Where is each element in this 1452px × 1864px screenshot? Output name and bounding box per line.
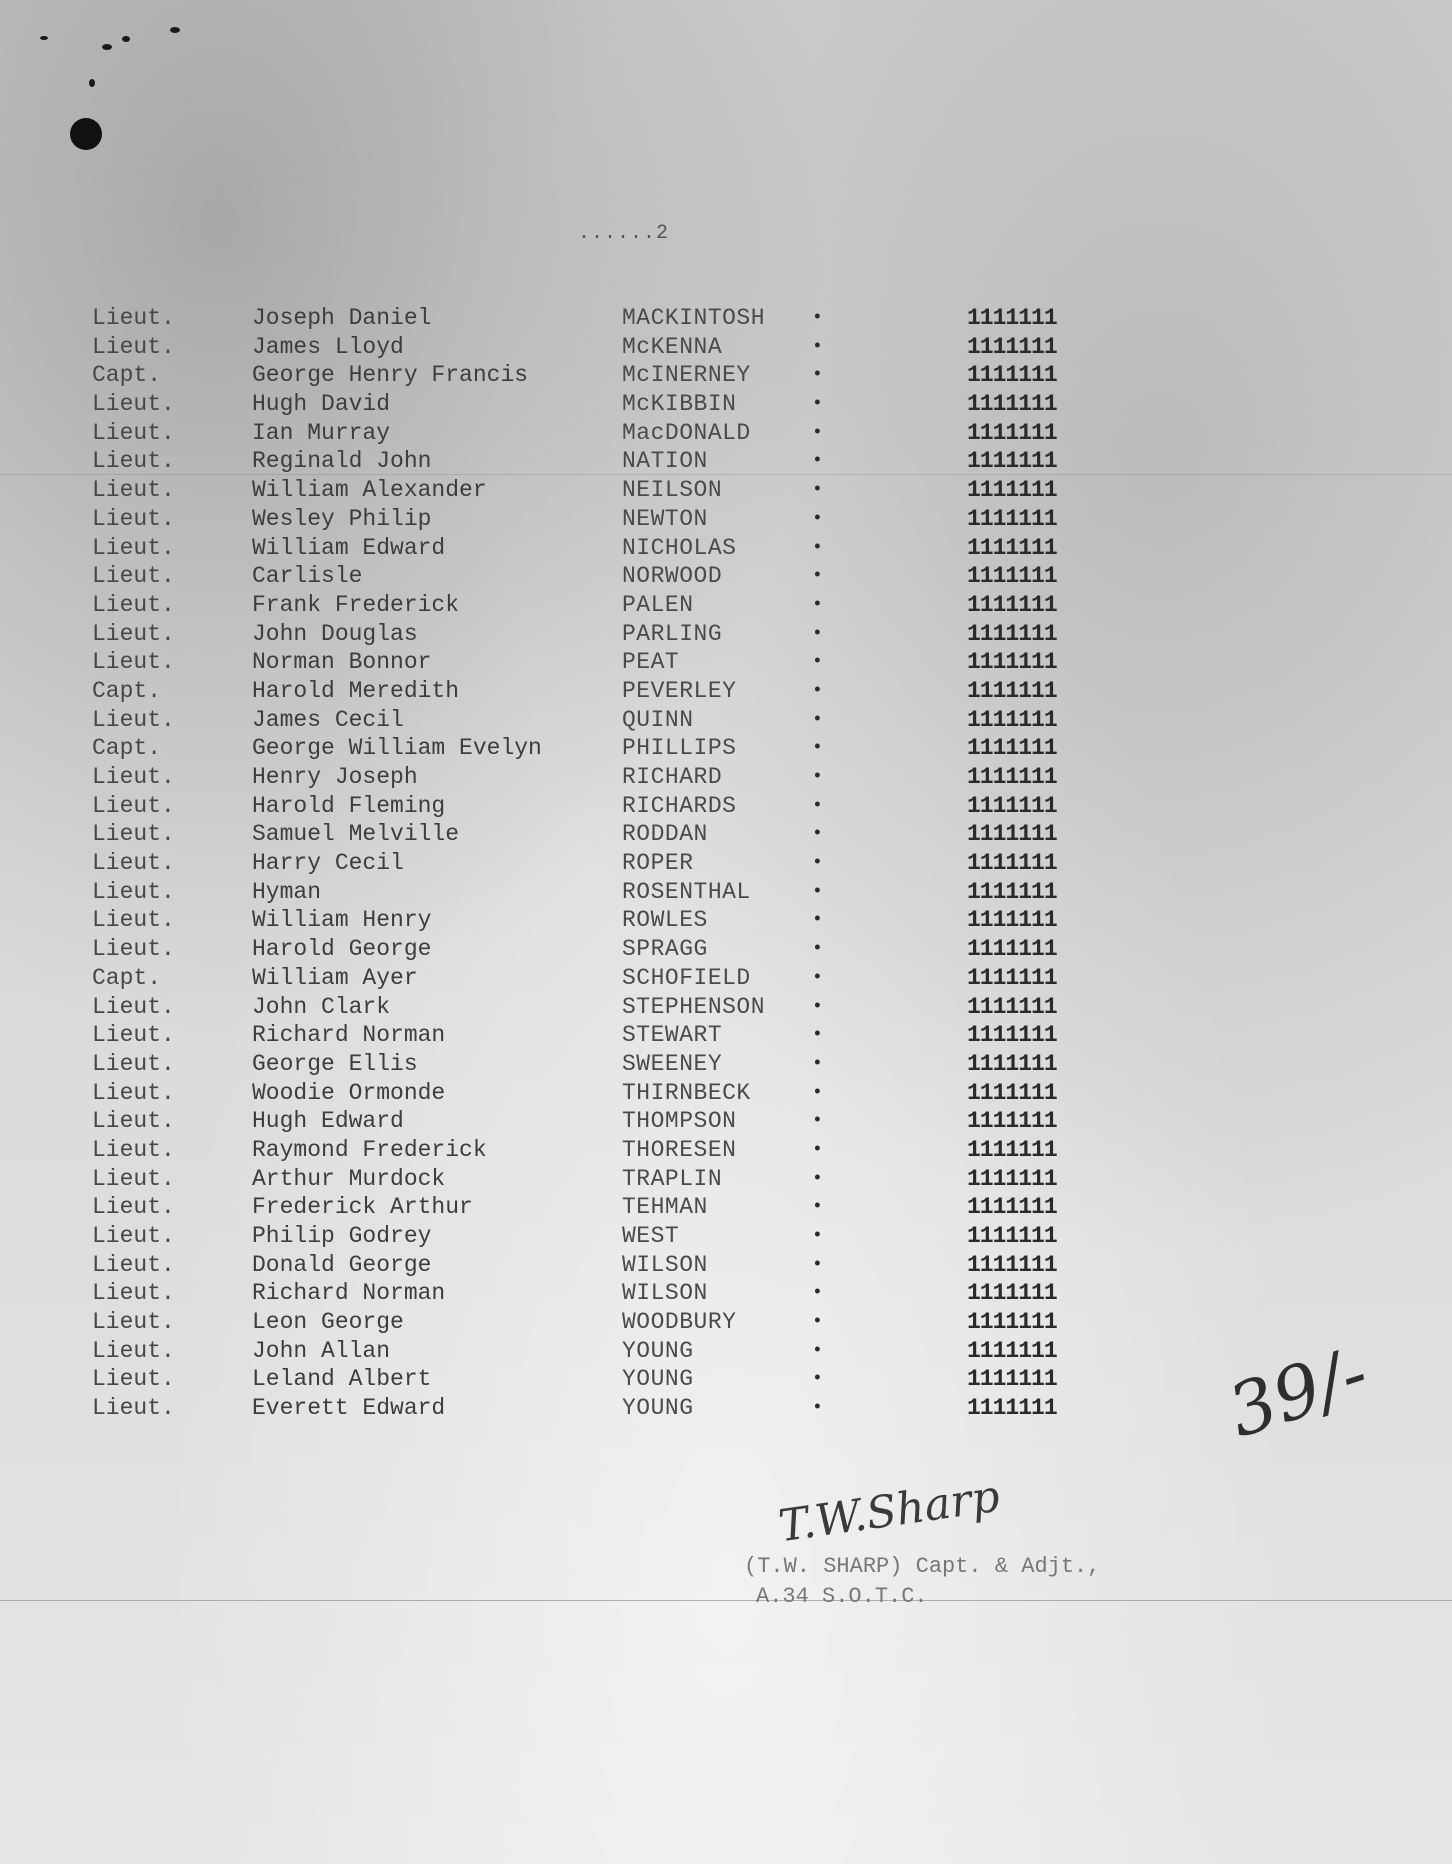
code-cell: 1111111 (967, 1279, 1057, 1307)
code-cell: 1111111 (967, 304, 1057, 332)
signature-title: (T.W. SHARP) Capt. & Adjt., (744, 1552, 1100, 1582)
rank-cell: Lieut. (92, 419, 242, 447)
check-tick-mark: • (812, 734, 823, 762)
rank-cell: Lieut. (92, 906, 242, 934)
check-tick-mark: • (812, 906, 823, 934)
check-tick-mark: • (812, 677, 823, 705)
check-tick-mark: • (812, 1021, 823, 1049)
code-cell: 1111111 (967, 476, 1057, 504)
given-names-cell: John Douglas (252, 620, 612, 648)
code-cell: 1111111 (967, 648, 1057, 676)
ink-speck (40, 36, 48, 40)
rank-cell: Lieut. (92, 1394, 242, 1422)
given-names-cell: Donald George (252, 1251, 612, 1279)
rank-cell: Capt. (92, 734, 242, 762)
given-names-cell: Leland Albert (252, 1365, 612, 1393)
check-tick-mark: • (812, 1365, 823, 1393)
code-cell: 1111111 (967, 1079, 1057, 1107)
code-cell: 1111111 (967, 333, 1057, 361)
given-names-cell: Samuel Melville (252, 820, 612, 848)
code-cell: 1111111 (967, 1050, 1057, 1078)
rank-cell: Lieut. (92, 1107, 242, 1135)
rank-cell: Lieut. (92, 333, 242, 361)
code-cell: 1111111 (967, 562, 1057, 590)
check-tick-mark: • (812, 1050, 823, 1078)
handwritten-count: 39/- (1218, 1330, 1377, 1453)
check-tick-mark: • (812, 849, 823, 877)
code-cell: 1111111 (967, 878, 1057, 906)
code-cell: 1111111 (967, 734, 1057, 762)
check-tick-mark: • (812, 304, 823, 332)
code-cell: 1111111 (967, 1136, 1057, 1164)
code-cell: 1111111 (967, 964, 1057, 992)
code-cell: 1111111 (967, 1365, 1057, 1393)
handwritten-signature: T.W.Sharp (776, 1471, 1003, 1552)
page-marker: ......2 (578, 222, 669, 245)
rank-cell: Lieut. (92, 1251, 242, 1279)
code-cell: 1111111 (967, 906, 1057, 934)
rank-cell: Lieut. (92, 1165, 242, 1193)
check-tick-mark: • (812, 591, 823, 619)
rank-cell: Lieut. (92, 763, 242, 791)
code-cell: 1111111 (967, 820, 1057, 848)
code-cell: 1111111 (967, 390, 1057, 418)
ink-speck (102, 44, 112, 50)
check-tick-mark: • (812, 878, 823, 906)
rank-cell: Capt. (92, 677, 242, 705)
given-names-cell: John Allan (252, 1337, 612, 1365)
given-names-cell: Raymond Frederick (252, 1136, 612, 1164)
check-tick-mark: • (812, 1222, 823, 1250)
code-cell: 1111111 (967, 620, 1057, 648)
code-cell: 1111111 (967, 993, 1057, 1021)
rank-cell: Lieut. (92, 390, 242, 418)
code-cell: 1111111 (967, 1394, 1057, 1422)
rank-cell: Lieut. (92, 591, 242, 619)
given-names-cell: James Lloyd (252, 333, 612, 361)
check-tick-mark: • (812, 993, 823, 1021)
rank-cell: Lieut. (92, 1222, 242, 1250)
fold-line (0, 1600, 1452, 1601)
code-cell: 1111111 (967, 1165, 1057, 1193)
code-cell: 1111111 (967, 534, 1057, 562)
check-tick-mark: • (812, 1107, 823, 1135)
rank-cell: Lieut. (92, 1050, 242, 1078)
rank-cell: Lieut. (92, 1308, 242, 1336)
check-tick-mark: • (812, 1308, 823, 1336)
given-names-cell: William Edward (252, 534, 612, 562)
check-tick-mark: • (812, 419, 823, 447)
code-cell: 1111111 (967, 447, 1057, 475)
check-tick-mark: • (812, 476, 823, 504)
signature-unit: A.34 S.O.T.C. (744, 1582, 1100, 1612)
rank-cell: Lieut. (92, 1136, 242, 1164)
given-names-cell: Woodie Ormonde (252, 1079, 612, 1107)
rank-cell: Lieut. (92, 1337, 242, 1365)
ink-speck (122, 36, 130, 42)
ink-speck (89, 79, 95, 87)
punch-hole (70, 118, 102, 150)
check-tick-mark: • (812, 964, 823, 992)
given-names-cell: Hugh Edward (252, 1107, 612, 1135)
rank-cell: Lieut. (92, 476, 242, 504)
rank-cell: Lieut. (92, 792, 242, 820)
code-cell: 1111111 (967, 1337, 1057, 1365)
rank-cell: Lieut. (92, 935, 242, 963)
code-cell: 1111111 (967, 1222, 1057, 1250)
check-tick-mark: • (812, 935, 823, 963)
given-names-cell: Norman Bonnor (252, 648, 612, 676)
given-names-cell: George William Evelyn (252, 734, 612, 762)
code-cell: 1111111 (967, 849, 1057, 877)
given-names-cell: Carlisle (252, 562, 612, 590)
code-cell: 1111111 (967, 1308, 1057, 1336)
given-names-cell: Frederick Arthur (252, 1193, 612, 1221)
given-names-cell: Richard Norman (252, 1279, 612, 1307)
code-cell: 1111111 (967, 419, 1057, 447)
given-names-cell: Richard Norman (252, 1021, 612, 1049)
given-names-cell: George Ellis (252, 1050, 612, 1078)
code-cell: 1111111 (967, 591, 1057, 619)
given-names-cell: Harold Fleming (252, 792, 612, 820)
rank-cell: Lieut. (92, 534, 242, 562)
check-tick-mark: • (812, 620, 823, 648)
code-cell: 1111111 (967, 763, 1057, 791)
given-names-cell: Everett Edward (252, 1394, 612, 1422)
rank-cell: Capt. (92, 964, 242, 992)
check-tick-mark: • (812, 1136, 823, 1164)
check-tick-mark: • (812, 505, 823, 533)
rank-cell: Lieut. (92, 505, 242, 533)
check-tick-mark: • (812, 763, 823, 791)
given-names-cell: William Henry (252, 906, 612, 934)
rank-cell: Lieut. (92, 993, 242, 1021)
rank-cell: Lieut. (92, 1279, 242, 1307)
check-tick-mark: • (812, 1337, 823, 1365)
check-tick-mark: • (812, 1279, 823, 1307)
rank-cell: Lieut. (92, 620, 242, 648)
code-cell: 1111111 (967, 1021, 1057, 1049)
rank-cell: Lieut. (92, 1365, 242, 1393)
given-names-cell: Philip Godrey (252, 1222, 612, 1250)
check-tick-mark: • (812, 792, 823, 820)
given-names-cell: Hugh David (252, 390, 612, 418)
rank-cell: Lieut. (92, 849, 242, 877)
rank-cell: Capt. (92, 361, 242, 389)
code-cell: 1111111 (967, 677, 1057, 705)
rank-cell: Lieut. (92, 1193, 242, 1221)
check-tick-mark: • (812, 534, 823, 562)
given-names-cell: John Clark (252, 993, 612, 1021)
check-tick-mark: • (812, 361, 823, 389)
check-tick-mark: • (812, 820, 823, 848)
rank-cell: Lieut. (92, 1079, 242, 1107)
rank-cell: Lieut. (92, 820, 242, 848)
code-cell: 1111111 (967, 1107, 1057, 1135)
check-tick-mark: • (812, 1079, 823, 1107)
rank-cell: Lieut. (92, 562, 242, 590)
check-tick-mark: • (812, 1251, 823, 1279)
rank-cell: Lieut. (92, 1021, 242, 1049)
code-cell: 1111111 (967, 935, 1057, 963)
code-cell: 1111111 (967, 706, 1057, 734)
ink-speck (170, 27, 180, 33)
signature-block: (T.W. SHARP) Capt. & Adjt., A.34 S.O.T.C… (744, 1552, 1100, 1612)
given-names-cell: Arthur Murdock (252, 1165, 612, 1193)
code-cell: 1111111 (967, 1251, 1057, 1279)
given-names-cell: Harold George (252, 935, 612, 963)
given-names-cell: Harold Meredith (252, 677, 612, 705)
check-tick-mark: • (812, 706, 823, 734)
code-cell: 1111111 (967, 1193, 1057, 1221)
rank-cell: Lieut. (92, 648, 242, 676)
rank-cell: Lieut. (92, 706, 242, 734)
rank-cell: Lieut. (92, 878, 242, 906)
check-tick-mark: • (812, 562, 823, 590)
given-names-cell: Harry Cecil (252, 849, 612, 877)
given-names-cell: James Cecil (252, 706, 612, 734)
check-tick-mark: • (812, 390, 823, 418)
code-cell: 1111111 (967, 792, 1057, 820)
given-names-cell: Leon George (252, 1308, 612, 1336)
rank-cell: Lieut. (92, 447, 242, 475)
given-names-cell: Ian Murray (252, 419, 612, 447)
given-names-cell: William Ayer (252, 964, 612, 992)
given-names-cell: George Henry Francis (252, 361, 612, 389)
given-names-cell: Hyman (252, 878, 612, 906)
check-tick-mark: • (812, 447, 823, 475)
rank-cell: Lieut. (92, 304, 242, 332)
code-cell: 1111111 (967, 505, 1057, 533)
given-names-cell: Henry Joseph (252, 763, 612, 791)
check-tick-mark: • (812, 648, 823, 676)
given-names-cell: William Alexander (252, 476, 612, 504)
check-tick-mark: • (812, 333, 823, 361)
given-names-cell: Reginald John (252, 447, 612, 475)
given-names-cell: Frank Frederick (252, 591, 612, 619)
check-tick-mark: • (812, 1394, 823, 1422)
check-tick-mark: • (812, 1193, 823, 1221)
check-tick-mark: • (812, 1165, 823, 1193)
given-names-cell: Joseph Daniel (252, 304, 612, 332)
code-cell: 1111111 (967, 361, 1057, 389)
given-names-cell: Wesley Philip (252, 505, 612, 533)
